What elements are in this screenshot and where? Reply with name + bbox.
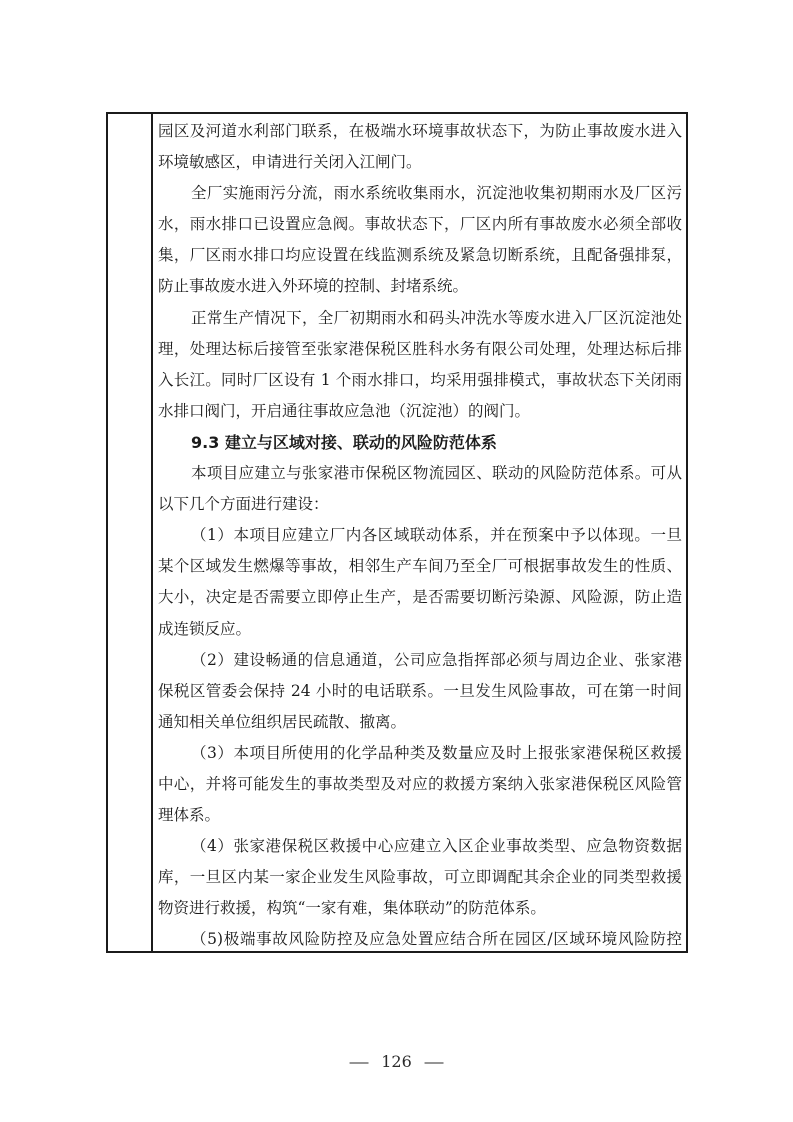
text-line: 库，一旦区内某一家企业发生风险事故，可立即调配其余企业的同类型救援	[158, 862, 682, 893]
text-line: （2）建设畅通的信息通道，公司应急指挥部必须与周边企业、张家港	[158, 645, 682, 676]
section-heading: 9.3 建立与区域对接、联动的风险防范体系	[158, 427, 682, 458]
document-lines: 园区及河道水利部门联系，在极端水环境事故状态下，为防止事故废水进入环境敏感区，申…	[158, 116, 682, 951]
footer-dash-right: —	[423, 1052, 444, 1071]
text-line: （3）本项目所使用的化学品种类及数量应及时上报张家港保税区救援	[158, 738, 682, 769]
text-line: 环境敏感区，申请进行关闭入江闸门。	[158, 147, 682, 178]
text-line: 大小，决定是否需要立即停止生产，是否需要切断污染源、风险源，防止造	[158, 582, 682, 613]
page-number: 126	[381, 1052, 412, 1071]
text-line: 理体系。	[158, 800, 682, 831]
text-line: 集，厂区雨水排口均应设置在线监测系统及紧急切断系统，且配备强排泵，	[158, 240, 682, 271]
text-line: 全厂实施雨污分流，雨水系统收集雨水，沉淀池收集初期雨水及厂区污	[158, 178, 682, 209]
text-line: （4）张家港保税区救援中心应建立入区企业事故类型、应急物资数据	[158, 831, 682, 862]
text-line: 园区及河道水利部门联系，在极端水环境事故状态下，为防止事故废水进入	[158, 116, 682, 147]
text-line: 某个区域发生燃爆等事故，相邻生产车间乃至全厂可根据事故发生的性质、	[158, 551, 682, 582]
page-footer: — 126 —	[0, 1052, 793, 1071]
text-line: 防止事故废水进入外环境的控制、封堵系统。	[158, 271, 682, 302]
content-table: 园区及河道水利部门联系，在极端水环境事故状态下，为防止事故废水进入环境敏感区，申…	[106, 112, 688, 953]
text-line: 物资进行救援，构筑“一家有难，集体联动”的防范体系。	[158, 893, 682, 924]
text-line: 中心，并将可能发生的事故类型及对应的救援方案纳入张家港保税区风险管	[158, 769, 682, 800]
text-line: 水，雨水排口已设置应急阀。事故状态下，厂区内所有事故废水必须全部收	[158, 209, 682, 240]
text-line: 通知相关单位组织居民疏散、撤离。	[158, 707, 682, 738]
text-line: 入长江。同时厂区设有 1 个雨水排口，均采用强排模式，事故状态下关闭雨	[158, 365, 682, 396]
text-line: （5)极端事故风险防控及应急处置应结合所在园区/区域环境风险防控	[158, 924, 682, 951]
text-line: 成连锁反应。	[158, 614, 682, 645]
text-line: 水排口阀门，开启通往事故应急池（沉淀池）的阀门。	[158, 396, 682, 427]
text-line: 保税区管委会保持 24 小时的电话联系。一旦发生风险事故，可在第一时间	[158, 676, 682, 707]
text-line: （1）本项目应建立厂内各区域联动体系，并在预案中予以体现。一旦	[158, 520, 682, 551]
table-main-cell: 园区及河道水利部门联系，在极端水环境事故状态下，为防止事故废水进入环境敏感区，申…	[153, 114, 686, 951]
text-line: 正常生产情况下，全厂初期雨水和码头冲洗水等废水进入厂区沉淀池处	[158, 303, 682, 334]
text-line: 理，处理达标后接管至张家港保税区胜科水务有限公司处理，处理达标后排	[158, 334, 682, 365]
table-left-column	[108, 114, 153, 951]
footer-dash-left: —	[349, 1052, 370, 1071]
document-page: 园区及河道水利部门联系，在极端水环境事故状态下，为防止事故废水进入环境敏感区，申…	[0, 0, 793, 1122]
text-line: 以下几个方面进行建设：	[158, 489, 682, 520]
text-line: 本项目应建立与张家港市保税区物流园区、联动的风险防范体系。可从	[158, 458, 682, 489]
